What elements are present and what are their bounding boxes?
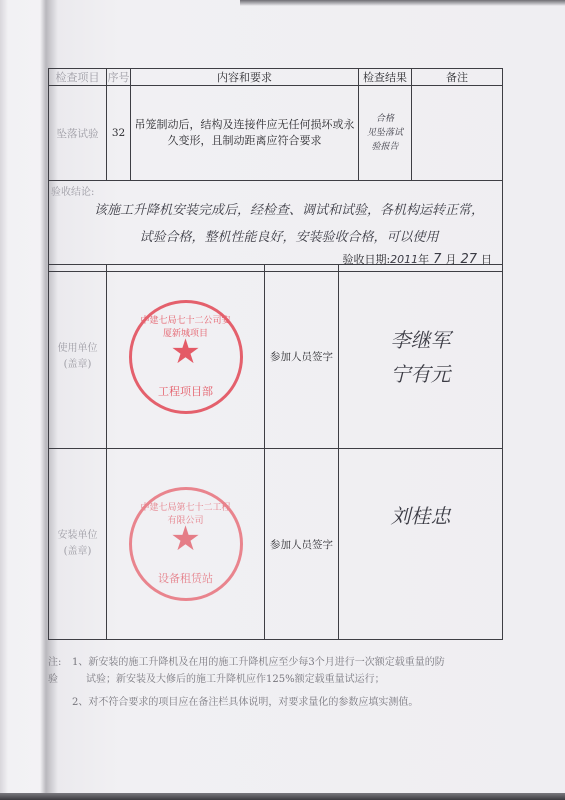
result-line: 合格: [359, 112, 411, 126]
participants-label: 参加人员签字: [265, 265, 339, 449]
company-seal: 中建七局七十二公司安厦新城项目 ★ 工程项目部: [129, 300, 243, 414]
row-number: 32: [107, 86, 131, 181]
notes-prefix: 注:: [48, 654, 62, 671]
signature: 宁有元: [339, 357, 502, 391]
acceptance-table: 检查项目 序号 内容和要求 检查结果 备注 坠落试验 32 吊笼制动后，结构及连…: [48, 68, 503, 272]
seal-bottom-text: 设备租赁站: [132, 570, 240, 586]
company-seal: 中建七局第七十二工程有限公司 ★ 设备租赁站: [129, 487, 243, 601]
page-bottom-edge: [0, 793, 565, 800]
participant-signatures: 李继军 宁有元: [339, 265, 503, 449]
header-number: 序号: [107, 69, 131, 86]
scanned-page: 检查项目 序号 内容和要求 检查结果 备注 坠落试验 32 吊笼制动后，结构及连…: [0, 0, 565, 800]
star-icon: ★: [132, 522, 240, 556]
conclusion-handwritten: 该施工升降机安装完成后，经检查、调试和试验，各机构运转正常，试验合格，整机性能良…: [89, 197, 489, 251]
row-item: 坠落试验: [49, 86, 107, 181]
signature: 李继军: [339, 323, 502, 357]
note-item: 试验；新安装及大修后的施工升降机应作125%额定载重量试运行；: [86, 671, 508, 688]
header-remark: 备注: [412, 69, 503, 86]
notes-prefix-2: 验: [48, 671, 62, 688]
unit-name: 安装单位: [49, 528, 106, 544]
unit-name: 使用单位: [49, 341, 106, 357]
stamp-cell-user: 中建七局七十二公司安厦新城项目 ★ 工程项目部: [107, 265, 265, 449]
stamp-cell-installer: 中建七局第七十二工程有限公司 ★ 设备租赁站: [107, 449, 265, 640]
note-item: 1、新安装的施工升降机及在用的施工升降机应至少每3个月进行一次额定载重量的防: [72, 654, 508, 671]
signature-row-install-unit: 安装单位 (盖章) 中建七局第七十二工程有限公司 ★ 设备租赁站 参加人员签字 …: [49, 449, 503, 640]
star-icon: ★: [132, 335, 240, 369]
participant-signatures: 刘桂忠: [339, 449, 503, 640]
row-content: 吊笼制动后，结构及连接件应无任何损坏或永久变形，且制动距离应符合要求: [131, 86, 359, 181]
signature-row-user-unit: 使用单位 (盖章) 中建七局七十二公司安厦新城项目 ★ 工程项目部 参加人员签字…: [49, 265, 503, 449]
conclusion-row: 验收结论: 该施工升降机安装完成后，经检查、调试和试验，各机构运转正常，试验合格…: [49, 181, 503, 272]
row-remark: [412, 86, 503, 181]
conclusion-cell: 验收结论: 该施工升降机安装完成后，经检查、调试和试验，各机构运转正常，试验合格…: [49, 181, 503, 272]
seal-bottom-text: 工程项目部: [132, 383, 240, 399]
note-item: 2、对不符合要求的项目应在备注栏具体说明，对要求量化的参数应填实测值。: [72, 694, 508, 711]
participants-label: 参加人员签字: [265, 449, 339, 640]
unit-label-user: 使用单位 (盖章): [49, 265, 107, 449]
signature-table: 使用单位 (盖章) 中建七局七十二公司安厦新城项目 ★ 工程项目部 参加人员签字…: [48, 264, 503, 640]
conclusion-label: 验收结论:: [51, 183, 94, 198]
header-item: 检查项目: [49, 69, 107, 86]
unit-sub: (盖章): [49, 357, 106, 373]
table-header-row: 检查项目 序号 内容和要求 检查结果 备注: [49, 69, 503, 86]
result-line: 验报告: [359, 140, 411, 154]
row-result-handwritten: 合格 见坠落试 验报告: [359, 86, 412, 181]
header-content: 内容和要求: [131, 69, 359, 86]
unit-sub: (盖章): [49, 544, 106, 560]
footnotes: 注: 验 1、新安装的施工升降机及在用的施工升降机应至少每3个月进行一次额定载重…: [48, 654, 508, 711]
page-fold-shadow: [240, 0, 565, 6]
table-row: 坠落试验 32 吊笼制动后，结构及连接件应无任何损坏或永久变形，且制动距离应符合…: [49, 86, 503, 181]
result-line: 见坠落试: [359, 126, 411, 140]
signature: 刘桂忠: [339, 499, 502, 533]
unit-label-installer: 安装单位 (盖章): [49, 449, 107, 640]
header-result: 检查结果: [359, 69, 412, 86]
